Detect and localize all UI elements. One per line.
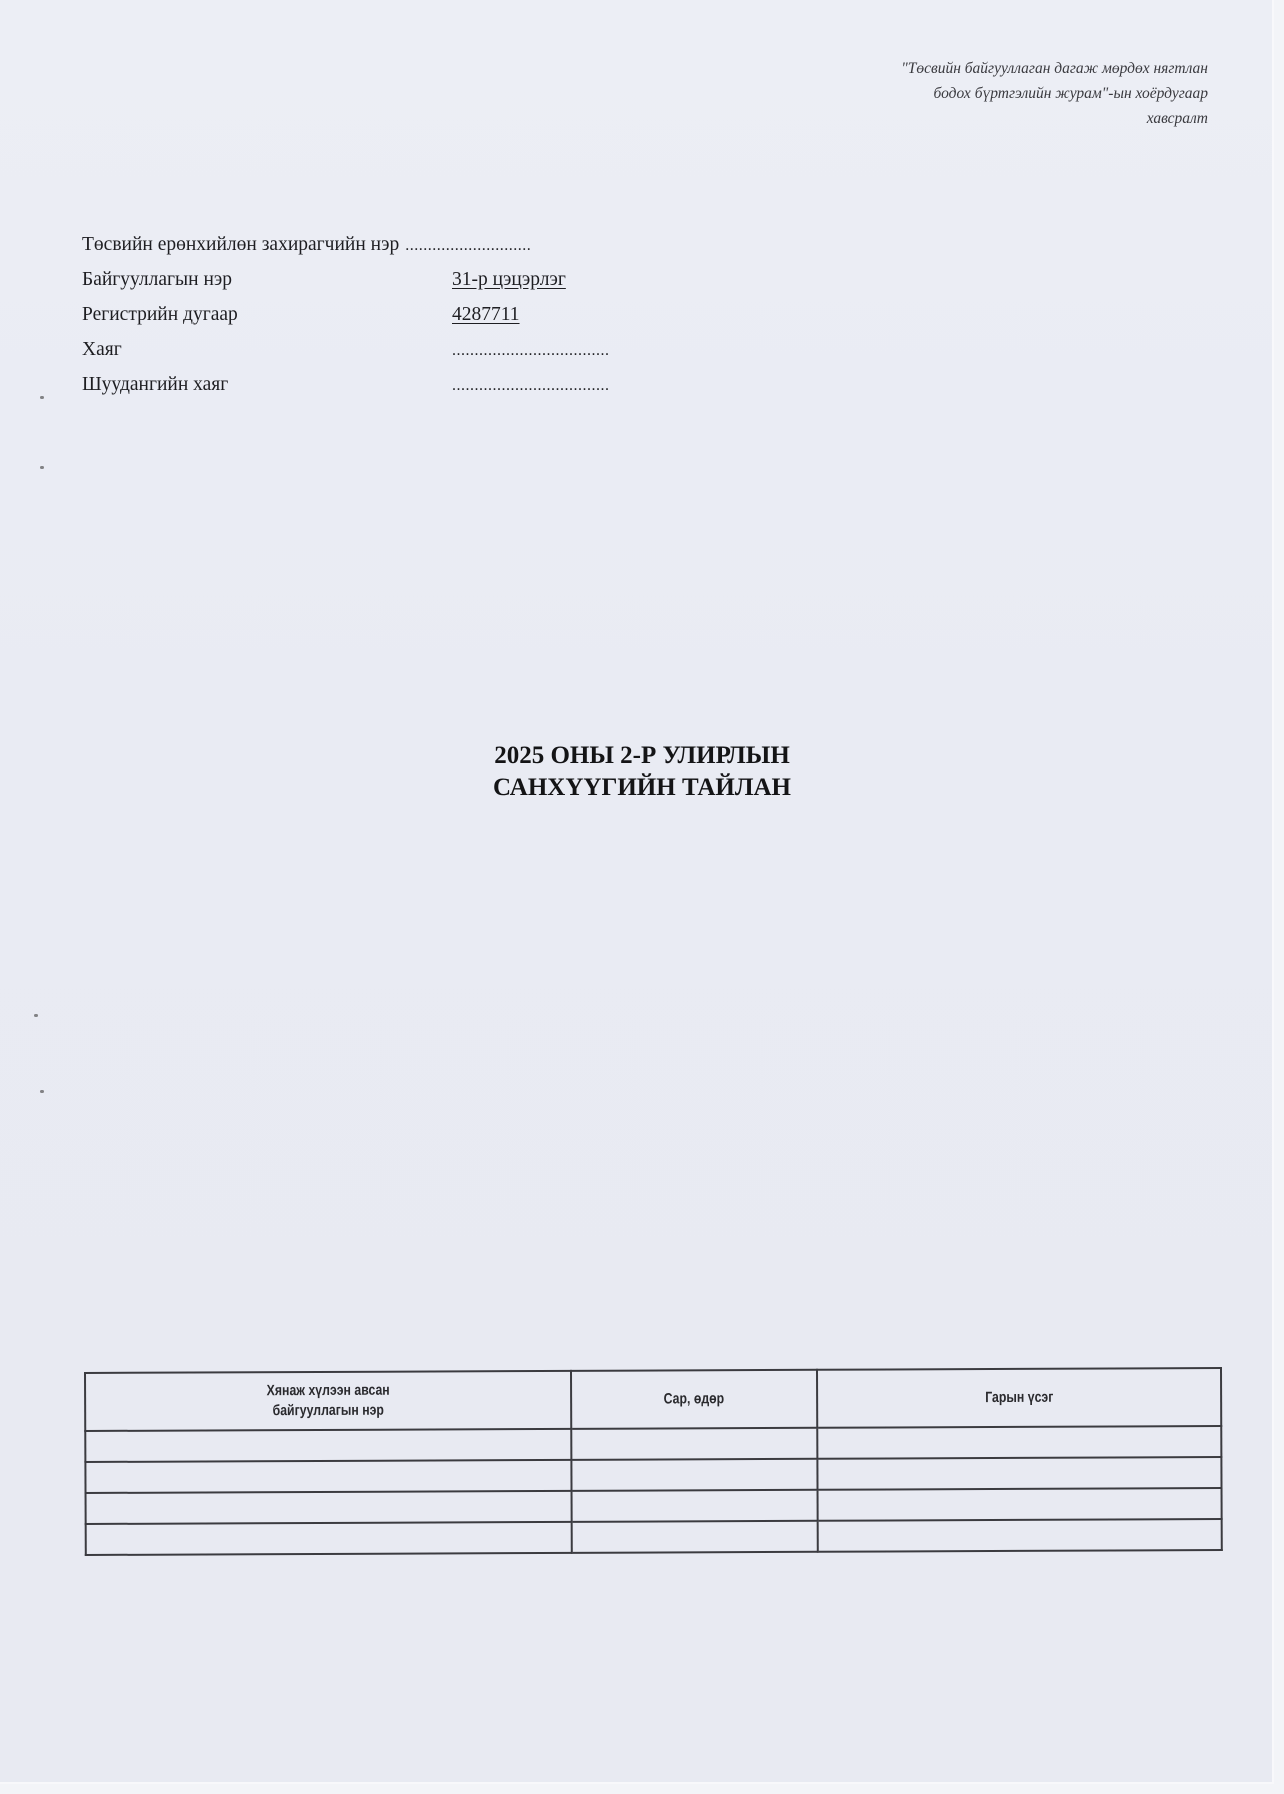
- table-cell: [572, 1521, 818, 1553]
- table-row: [86, 1488, 1222, 1524]
- field-postal-address: Шуудангийн хаяг ........................…: [82, 374, 702, 409]
- scan-speck: [40, 396, 44, 399]
- scan-speck: [40, 466, 44, 469]
- header-line: Гарын үсэг: [854, 1387, 1184, 1408]
- table-header-row: Хянаж хүлээн авсан байгууллагын нэр Сар,…: [85, 1368, 1221, 1431]
- table-row: [85, 1426, 1221, 1462]
- annex-note-line: бодох бүртгэлийн журам"-ын хоёрдугаар: [788, 81, 1208, 106]
- field-value: ............................: [405, 237, 531, 255]
- annex-note: "Төсвийн байгууллаган дагаж мөрдөх нягтл…: [788, 56, 1208, 131]
- column-header-organization: Хянаж хүлээн авсан байгууллагын нэр: [129, 1371, 528, 1431]
- table-cell: [817, 1426, 1221, 1459]
- organization-fields: Төсвийн ерөнхийлөн захирагчийн нэр .....…: [82, 234, 702, 409]
- table-cell: [817, 1488, 1221, 1521]
- header-line: Сар, өдөр: [594, 1389, 794, 1410]
- field-value: 31-р цэцэрлэг: [452, 269, 566, 291]
- field-label: Хаяг: [82, 339, 452, 361]
- column-header-signature: Гарын үсэг: [853, 1368, 1185, 1427]
- annex-note-line: "Төсвийн байгууллаган дагаж мөрдөх нягтл…: [788, 56, 1208, 81]
- table-row: [86, 1519, 1222, 1555]
- field-address: Хаяг ...................................: [82, 339, 702, 374]
- annex-note-line: хавсралт: [788, 106, 1208, 131]
- field-value: 4287711: [452, 304, 520, 326]
- review-table: Хянаж хүлээн авсан байгууллагын нэр Сар,…: [84, 1367, 1223, 1556]
- table-cell: [85, 1460, 571, 1493]
- table-cell: [817, 1457, 1221, 1490]
- table-cell: [817, 1519, 1221, 1552]
- table-cell: [86, 1522, 572, 1555]
- table-cell: [85, 1429, 571, 1462]
- table-cell: [572, 1490, 818, 1522]
- field-organization-name: Байгууллагын нэр 31-р цэцэрлэг: [82, 269, 702, 304]
- table-cell: [571, 1428, 817, 1460]
- field-label: Байгууллагын нэр: [82, 269, 452, 291]
- field-label: Регистрийн дугаар: [82, 304, 452, 326]
- header-line: Хянаж хүлээн авсан: [130, 1380, 527, 1402]
- table-cell: [86, 1491, 572, 1524]
- scan-speck: [34, 1014, 38, 1017]
- report-title-line: САНХҮҮГИЙН ТАЙЛАН: [0, 772, 1284, 804]
- field-label: Шуудангийн хаяг: [82, 374, 452, 396]
- header-line: байгууллагын нэр: [130, 1400, 527, 1422]
- column-header-date: Сар, өдөр: [593, 1370, 795, 1429]
- scan-speck: [40, 1090, 44, 1093]
- field-label: Төсвийн ерөнхийлөн захирагчийн нэр: [82, 234, 399, 256]
- table-cell: [572, 1459, 818, 1491]
- field-value: ...................................: [452, 342, 610, 360]
- report-title: 2025 ОНЫ 2-Р УЛИРЛЫН САНХҮҮГИЙН ТАЙЛАН: [0, 740, 1284, 804]
- field-budget-manager: Төсвийн ерөнхийлөн захирагчийн нэр .....…: [82, 234, 702, 269]
- table-row: [85, 1457, 1221, 1493]
- field-registry-number: Регистрийн дугаар 4287711: [82, 304, 702, 339]
- report-title-line: 2025 ОНЫ 2-Р УЛИРЛЫН: [0, 740, 1284, 772]
- field-value: ...................................: [452, 377, 610, 395]
- document-page: "Төсвийн байгууллаган дагаж мөрдөх нягтл…: [0, 0, 1274, 1784]
